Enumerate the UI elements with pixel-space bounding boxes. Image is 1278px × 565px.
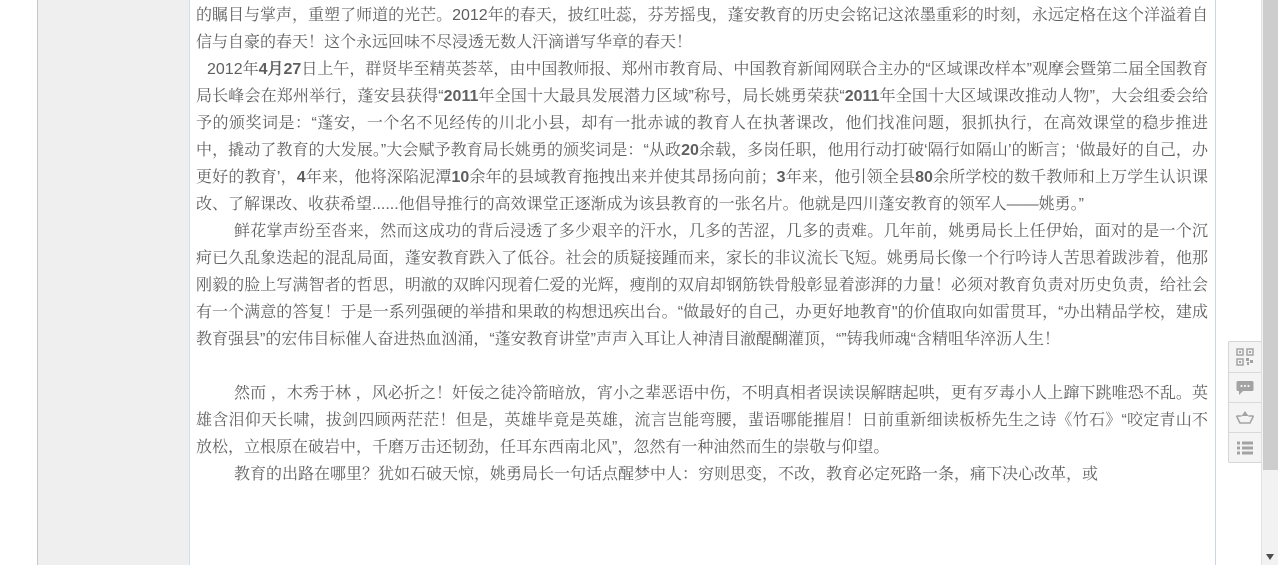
scrollbar-thumb[interactable] xyxy=(1263,0,1278,470)
paragraph: 的瞩目与掌声，重塑了师道的光芒。2012年的春天，披红吐蕊，芬芳摇曳，蓬安教育的… xyxy=(196,2,1208,56)
left-side-panel xyxy=(38,0,189,565)
outline-list-icon xyxy=(1236,440,1254,456)
arrow-down-icon xyxy=(1266,554,1274,560)
back-to-top-button[interactable] xyxy=(1229,402,1261,432)
document-text: 的瞩目与掌声，重塑了师道的光芒。2012年的春天，披红吐蕊，芬芳摇曳，蓬安教育的… xyxy=(190,0,1215,488)
paragraph: 鲜花掌声纷至沓来，然而这成功的背后浸透了多少艰辛的汗水，几多的苦涩，几多的责难。… xyxy=(196,218,1208,353)
qr-code-icon xyxy=(1236,348,1254,366)
comment-icon xyxy=(1236,380,1254,396)
paragraph: 教育的出路在哪里？犹如石破天惊，姚勇局长一句话点醒梦中人：穷则思变，不改，教育必… xyxy=(196,461,1208,488)
document-page: 的瞩目与掌声，重塑了师道的光芒。2012年的春天，披红吐蕊，芬芳摇曳，蓬安教育的… xyxy=(189,0,1216,565)
left-page-margin xyxy=(0,0,38,565)
scroll-down-button[interactable] xyxy=(1262,548,1278,565)
qr-code-button[interactable] xyxy=(1229,342,1261,372)
right-page-margin xyxy=(1216,0,1262,565)
comments-button[interactable] xyxy=(1229,372,1261,402)
paragraph: 然而 ，木秀于林 ，风必折之！奸佞之徒冷箭暗放，宵小之辈恶语中伤，不明真相者误读… xyxy=(196,380,1208,461)
paragraph: 2012年4月27日上午，群贤毕至精英荟萃，由中国教师报、郑州市教育局、中国教育… xyxy=(196,56,1208,218)
floating-toolbar xyxy=(1228,341,1262,463)
vertical-scrollbar[interactable] xyxy=(1261,0,1278,565)
outline-button[interactable] xyxy=(1229,432,1261,462)
back-to-top-icon xyxy=(1235,410,1255,426)
